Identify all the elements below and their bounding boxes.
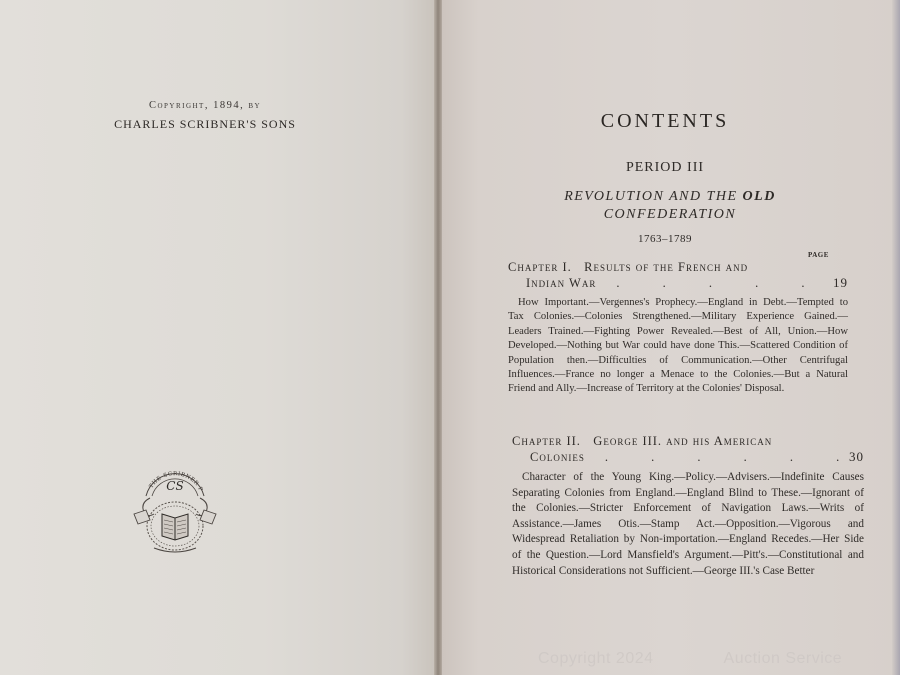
- part-title-italic: REVOLUTION AND THE: [564, 189, 742, 204]
- chapter-title: George III. and his American: [593, 434, 772, 448]
- part-title: REVOLUTION AND THE OLD CONFEDERATION: [540, 188, 800, 224]
- leader-dots: . . . . . . .: [585, 449, 849, 465]
- copyright-line: Copyright, 1894, by: [60, 100, 350, 111]
- chapter-heading-continued: Colonies . . . . . . . 30: [512, 449, 864, 465]
- watermark: Copyright 2024Auction Service: [538, 650, 900, 668]
- watermark-right: Auction Service: [724, 650, 843, 667]
- chapter-summary: Character of the Young King.—Policy.—Adv…: [512, 470, 864, 579]
- chapter-title-cont: Colonies: [530, 449, 585, 465]
- page-column-label: PAGE: [808, 251, 829, 259]
- chapter-number: Chapter II.: [512, 434, 581, 448]
- publisher-name: CHARLES SCRIBNER'S SONS: [60, 117, 350, 132]
- copyright-notice: Copyright, 1894, by CHARLES SCRIBNER'S S…: [60, 100, 350, 132]
- chapter-page-number: 19: [833, 275, 848, 291]
- scribner-press-emblem-icon: THE SCRIBNER PRESS CS: [132, 458, 218, 558]
- chapter-entry-1: Chapter I. Results of the French and Ind…: [508, 259, 848, 397]
- chapter-entry-2: Chapter II. George III. and his American…: [512, 433, 864, 579]
- chapter-title-cont: Indian War: [526, 275, 596, 291]
- watermark-left: Copyright 2024: [538, 650, 654, 667]
- chapter-summary: How Important.—Vergennes's Prophecy.—Eng…: [508, 296, 848, 397]
- part-title-line2: CONFEDERATION: [604, 207, 737, 222]
- chapter-page-number: 30: [849, 449, 864, 465]
- period-heading: PERIOD III: [560, 160, 770, 176]
- leader-dots: . . . . . .: [596, 275, 833, 291]
- chapter-number: Chapter I.: [508, 260, 572, 274]
- part-title-bold: OLD: [743, 189, 776, 204]
- chapter-title: Results of the French and: [584, 260, 748, 274]
- contents-heading: CONTENTS: [560, 110, 770, 133]
- year-range: 1763–1789: [560, 233, 770, 245]
- chapter-heading-continued: Indian War . . . . . . 19: [508, 275, 848, 291]
- page-edge: [892, 0, 900, 675]
- left-page: Copyright, 1894, by CHARLES SCRIBNER'S S…: [0, 0, 436, 675]
- chapter-heading: Chapter I. Results of the French and: [508, 259, 848, 275]
- chapter-heading: Chapter II. George III. and his American: [512, 433, 864, 449]
- svg-text:CS: CS: [166, 479, 183, 493]
